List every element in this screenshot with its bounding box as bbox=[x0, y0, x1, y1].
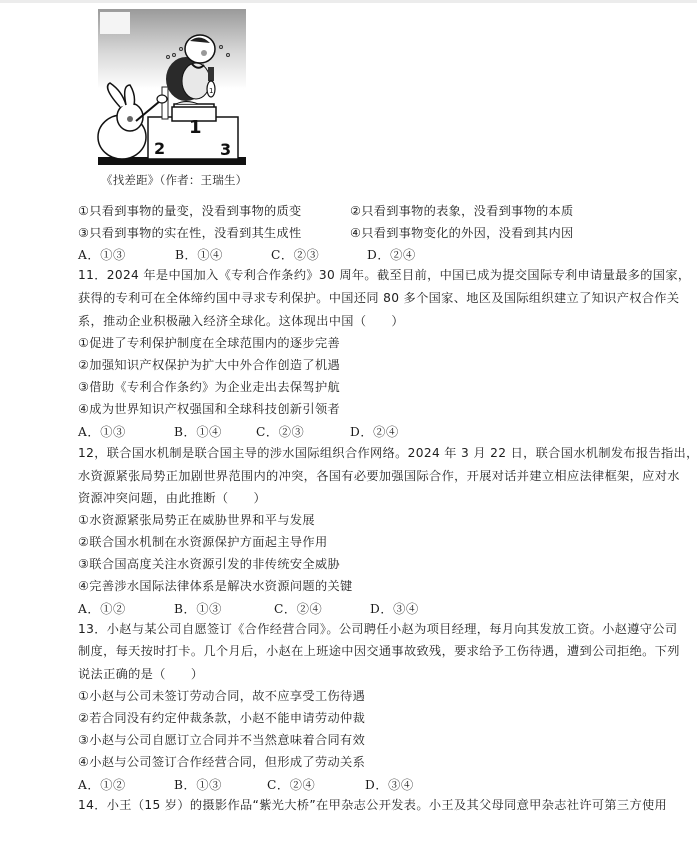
q10-option-d[interactable]: D．②④ bbox=[367, 246, 416, 263]
q12-option-a[interactable]: A．①② bbox=[78, 600, 126, 617]
q10-option-a[interactable]: A．①③ bbox=[78, 246, 126, 263]
q11-statement-3: ③借助《专利合作条约》为企业走出去保驾护航 bbox=[78, 379, 340, 395]
q11-option-b[interactable]: B．①④ bbox=[174, 423, 222, 440]
q11-option-c[interactable]: C．②③ bbox=[256, 423, 304, 440]
q12-statement-4: ④完善涉水国际法律体系是解决水资源问题的关键 bbox=[78, 578, 353, 594]
q12-option-d[interactable]: D．③④ bbox=[370, 600, 419, 617]
page-top-edge bbox=[0, 0, 697, 3]
q12-statement-2: ②联合国水机制在水资源保护方面起主导作用 bbox=[78, 534, 328, 550]
q10-statement-3: ③只看到事物的实在性，没看到其生成性 bbox=[78, 224, 302, 241]
q11-stem-line-2: 获得的专利可在全体缔约国中寻求专利保护。中国还同 80 多个国家、地区及国际组织… bbox=[78, 290, 679, 306]
q13-stem-line-1: 13．小赵与某公司自愿签订《合作经营合同》。公司聘任小赵为项目经理，每月向其发放… bbox=[78, 621, 677, 637]
cartoon-illustration-icon: 1 2 3 1 bbox=[96, 9, 248, 167]
q12-statement-3: ③联合国高度关注水资源引发的非传统安全威胁 bbox=[78, 556, 340, 572]
q13-option-d[interactable]: D．③④ bbox=[365, 776, 414, 793]
q13-stem-line-3: 说法正确的是（ ） bbox=[78, 666, 203, 682]
q13-stem-line-2: 制度，每天按时打卡。几个月后，小赵在上班途中因交通事故致残，要求给予工伤待遇，遭… bbox=[78, 643, 680, 659]
q13-statement-3: ③小赵与公司自愿订立合同并不当然意味着合同有效 bbox=[78, 732, 365, 748]
q12-stem-line-2: 水资源紧张局势正加剧世界范围内的冲突，各国有必要加强国际合作，开展对话并建立相应… bbox=[78, 468, 680, 484]
q12-stem-line-1: 12，联合国水机制是联合国主导的涉水国际组织合作网络。2024 年 3 月 22… bbox=[78, 445, 697, 461]
figure-caption: 《找差距》（作者：王瑞生） bbox=[101, 172, 247, 188]
svg-text:2: 2 bbox=[154, 139, 165, 158]
q11-statement-2: ②加强知识产权保护为扩大中外合作创造了机遇 bbox=[78, 357, 340, 373]
q11-option-a[interactable]: A．①③ bbox=[78, 423, 126, 440]
q12-option-c[interactable]: C．②④ bbox=[274, 600, 322, 617]
q12-option-b[interactable]: B．①③ bbox=[174, 600, 222, 617]
q13-statement-2: ②若合同没有约定仲裁条款，小赵不能申请劳动仲裁 bbox=[78, 710, 365, 726]
q11-statement-4: ④成为世界知识产权强国和全球科技创新引领者 bbox=[78, 401, 340, 417]
q13-statement-1: ①小赵与公司未签订劳动合同，故不应享受工伤待遇 bbox=[78, 688, 365, 704]
svg-text:3: 3 bbox=[220, 140, 231, 159]
q14-stem-line-1: 14．小王（15 岁）的摄影作品“紫光大桥”在甲杂志公开发表。小王及其父母同意甲… bbox=[78, 797, 667, 813]
svg-text:1: 1 bbox=[209, 87, 213, 95]
q10-statement-4: ④只看到事物变化的外因，没看到其内因 bbox=[350, 224, 574, 241]
q11-option-d[interactable]: D．②④ bbox=[350, 423, 399, 440]
q13-option-b[interactable]: B．①③ bbox=[174, 776, 222, 793]
cartoon-figure: 1 2 3 1 bbox=[96, 9, 248, 167]
q11-statement-1: ①促进了专利保护制度在全球范围内的逐步完善 bbox=[78, 335, 340, 351]
q11-stem-line-3: 系，推动企业积极融入经济全球化。这体现出中国（ ） bbox=[78, 313, 404, 329]
q10-option-b[interactable]: B．①④ bbox=[175, 246, 223, 263]
q10-statement-2: ②只看到事物的表象，没看到事物的本质 bbox=[350, 202, 574, 219]
q12-statement-1: ①水资源紧张局势正在威胁世界和平与发展 bbox=[78, 512, 315, 528]
q11-stem-line-1: 11．2024 年是中国加入《专利合作条约》30 周年。截至目前，中国已成为提交… bbox=[78, 267, 690, 283]
q10-statement-1: ①只看到事物的量变，没看到事物的质变 bbox=[78, 202, 302, 219]
q10-option-c[interactable]: C．②③ bbox=[271, 246, 319, 263]
q12-stem-line-3: 资源冲突问题，由此推断（ ） bbox=[78, 490, 266, 506]
q13-option-a[interactable]: A．①② bbox=[78, 776, 126, 793]
q13-option-c[interactable]: C．②④ bbox=[267, 776, 315, 793]
q13-statement-4: ④小赵与公司签订合作经营合同，但形成了劳动关系 bbox=[78, 754, 365, 770]
svg-text:1: 1 bbox=[189, 117, 202, 138]
